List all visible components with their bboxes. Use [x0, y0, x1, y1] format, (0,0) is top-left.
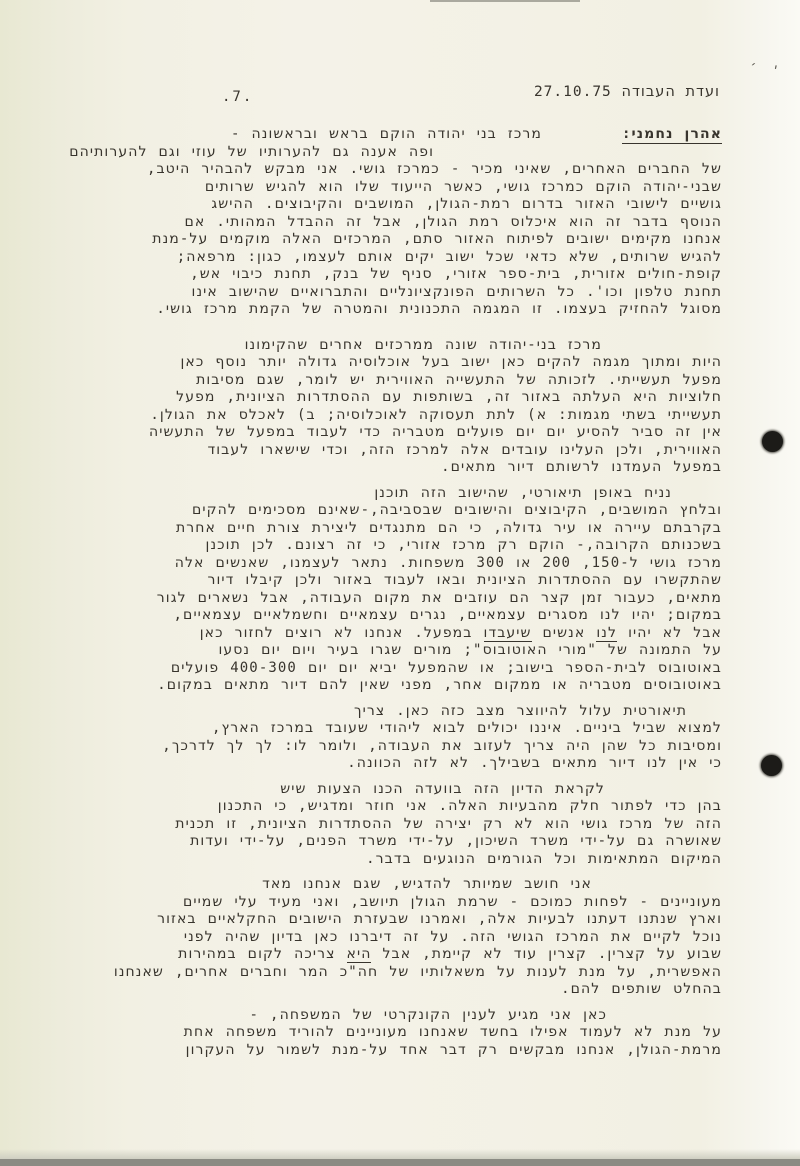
speaker-name: אהרן נחמני:: [622, 126, 722, 144]
text-line: המיקום המתאימות וכל הגורמים הנוגעים בדבר…: [76, 851, 722, 869]
text-line: היות ומתוך מגמה להקים כאן ישוב בעל אוכלו…: [76, 354, 722, 372]
text-line: כאן אני מגיע לענין הקונקרטי של המשפחה, -: [76, 1007, 722, 1025]
text-line: בשכנותם הקרובה,- הוקם רק מרכז אזורי, כי …: [76, 537, 722, 555]
paragraph: אני חושב שמיותר להדגיש, שגם אנחנו מאדמעו…: [76, 876, 722, 999]
text-line: של החברים האחרים, שאיני מכיר - כמרכז גוש…: [76, 161, 722, 179]
text-line: בהן כדי לפתור חלק מהבעיות האלה. אני חוזר…: [76, 798, 722, 816]
text-line: באוטובוסים מטבריה או ממקום אחר, מפני שאי…: [76, 677, 722, 695]
text-line: על מנת לא לעמוד אפילו בחשד שאנחנו מעוניי…: [76, 1024, 722, 1042]
protocol-text: אהרן נחמני:מרכז בני יהודה הוקם בראש וברא…: [76, 126, 722, 1067]
text-line: גושיים לישובי האזור בדרום רמת-הגולן, המו…: [76, 196, 722, 214]
paragraph: תיאורטית עלול להיווצר מצב כזה כאן. צריךל…: [76, 703, 722, 773]
pen-mark: ׳ ': [749, 59, 784, 81]
text-line: תיאורטית עלול להיווצר מצב כזה כאן. צריך: [76, 703, 722, 721]
text-line: אין זה סביר להסיע יום יום פועלים מטבריה …: [76, 424, 722, 442]
text-line: ופה אענה גם להערותיו של עוזי וגם להערותי…: [76, 144, 722, 162]
text-line: מרמת-הגולן, אנחנו מבקשים רק דבר אחד על-מ…: [76, 1042, 722, 1060]
text-line: מרכז בני-יהודה שונה ממרכזים אחרים שהקימו…: [76, 337, 722, 355]
text-line: וארץ שנתנו דעתנו לבעיות אלה, ואמרנו שבעז…: [76, 911, 722, 929]
text-line: האפשרית, על מנת לענות על משאלותיו של חה"…: [76, 964, 722, 982]
scan-bottom-shadow: [0, 1149, 800, 1159]
text-line: הזה של מרכז גושי הוא לא רק יצירה של ההסת…: [76, 816, 722, 834]
paragraph: אהרן נחמני:מרכז בני יהודה הוקם בראש וברא…: [76, 126, 722, 319]
text-line: במפעל העמדנו לרשותם דיור מתאים.: [76, 459, 722, 477]
text-line: שהתקשרו עם ההסתדרות הציונית ובאו לעבוד ב…: [76, 572, 722, 590]
page-number: .7.: [222, 89, 253, 105]
hole-punch-top: [762, 431, 783, 452]
hole-punch-bottom: [761, 755, 782, 776]
text-line: לקראת הדיון הזה בוועדה הכנו הצעות שיש: [76, 781, 722, 799]
underlined-word: שיעבדו: [484, 625, 532, 642]
text-line: להגיש שרותים, שלא כדאי שכל ישוב יקים אות…: [76, 249, 722, 267]
text-line: מסוגל להחזיק בעצמו. זו המגמה התכנונית וה…: [76, 301, 722, 319]
text-line: מרכז גושי ל-150, 200 או 300 משפחות. נתאר…: [76, 555, 722, 573]
text-line: בקרבתם עיירה או עיר גדולה, כי הם מתנגדים…: [76, 520, 722, 538]
scan-edge-artifact: [430, 0, 580, 2]
committee-title: ועדת העבודה: [622, 84, 720, 100]
text-line: שאושרה גם על-ידי משרד השיכון, על-ידי משר…: [76, 833, 722, 851]
text-line: אנחנו מקימים ישובים לפיתוח האזור סתם, המ…: [76, 231, 722, 249]
text-line: אהרן נחמני:מרכז בני יהודה הוקם בראש וברא…: [76, 126, 722, 144]
text-line: ובלחץ המושבים, הקיבוצים והישובים שבסביבה…: [76, 502, 722, 520]
text-line: נוכל לקיים את המרכז הגושי הזה. על זה דיב…: [76, 929, 722, 947]
text-line: חלוציות היא העלתה באזור זה, בשותפות עם ה…: [76, 389, 722, 407]
paragraph: כאן אני מגיע לענין הקונקרטי של המשפחה, -…: [76, 1007, 722, 1060]
text-line: למצוא שביל ביניים. איננו יכולים לבוא ליה…: [76, 720, 722, 738]
text-line: תחנת טלפון וכו'. כל השרותים הפונקציונליי…: [76, 284, 722, 302]
page-header: ועדת העבודה 27.10.75: [534, 84, 720, 100]
underlined-word: לנו: [596, 625, 617, 642]
text-line: אבל לא יהיו לנו אנשים שיעבדו במפעל. אנחנ…: [76, 625, 722, 643]
scanned-page: ועדת העבודה 27.10.75 .7. ׳ ' אהרן נחמני:…: [0, 0, 800, 1166]
text-line: שבוע על קצרין. קצרין עוד לא קיימת, אבל ה…: [76, 946, 722, 964]
text-line: תעשייתי בשתי מגמות: א) לתת תעסוקה לאוכלו…: [76, 407, 722, 425]
text-line: נניח באופן תיאורטי, שהישוב הזה תוכנן: [76, 485, 722, 503]
underlined-word: היא: [347, 946, 372, 963]
text-line: הנוסף בדבר זה הוא איכלוס רמת הגולן, אבל …: [76, 214, 722, 232]
text-line: מפעל תעשייתי. לזכותה של התעשייה האווירית…: [76, 372, 722, 390]
text-line: מתאים, כעבור זמן קצר הם עוזבים את מקום ה…: [76, 590, 722, 608]
text-line: במקום; יהיו לנו מסגרים עצמאיים, נגרים עצ…: [76, 607, 722, 625]
scan-bottom-edge: [0, 1159, 800, 1166]
text-line: שבני-יהודה הוקם כמרכז גושי, כאשר הייעוד …: [76, 179, 722, 197]
text-line: האווירית, ולכן העלינו עובדים אלה למרכז ה…: [76, 442, 722, 460]
text-line: בהחלט שותפים להם.: [76, 981, 722, 999]
paragraph: נניח באופן תיאורטי, שהישוב הזה תוכנןובלח…: [76, 485, 722, 695]
text-line: על התמונה של "מורי האוטובוס"; מורים שגרו…: [76, 642, 722, 660]
paragraph: מרכז בני-יהודה שונה ממרכזים אחרים שהקימו…: [76, 337, 722, 477]
paragraph: לקראת הדיון הזה בוועדה הכנו הצעות שישבהן…: [76, 781, 722, 869]
text-line: כי אין לנו דיור מתאים בשבילך. לא לזה הכו…: [76, 755, 722, 773]
text-line: ומסיבות כל שהן היה צריך לעזוב את העבודה,…: [76, 738, 722, 756]
text-line: באוטובוס לבית-הספר בישוב; או שהמפעל יביא…: [76, 660, 722, 678]
text-line: קופת-חולים אזורית, בית-ספר אזורי, סניף ש…: [76, 266, 722, 284]
header-date: 27.10.75: [534, 84, 612, 100]
text-line: אני חושב שמיותר להדגיש, שגם אנחנו מאד: [76, 876, 722, 894]
text-line: מעוניינים - לפחות כמוכם - שרמת הגולן תיו…: [76, 894, 722, 912]
